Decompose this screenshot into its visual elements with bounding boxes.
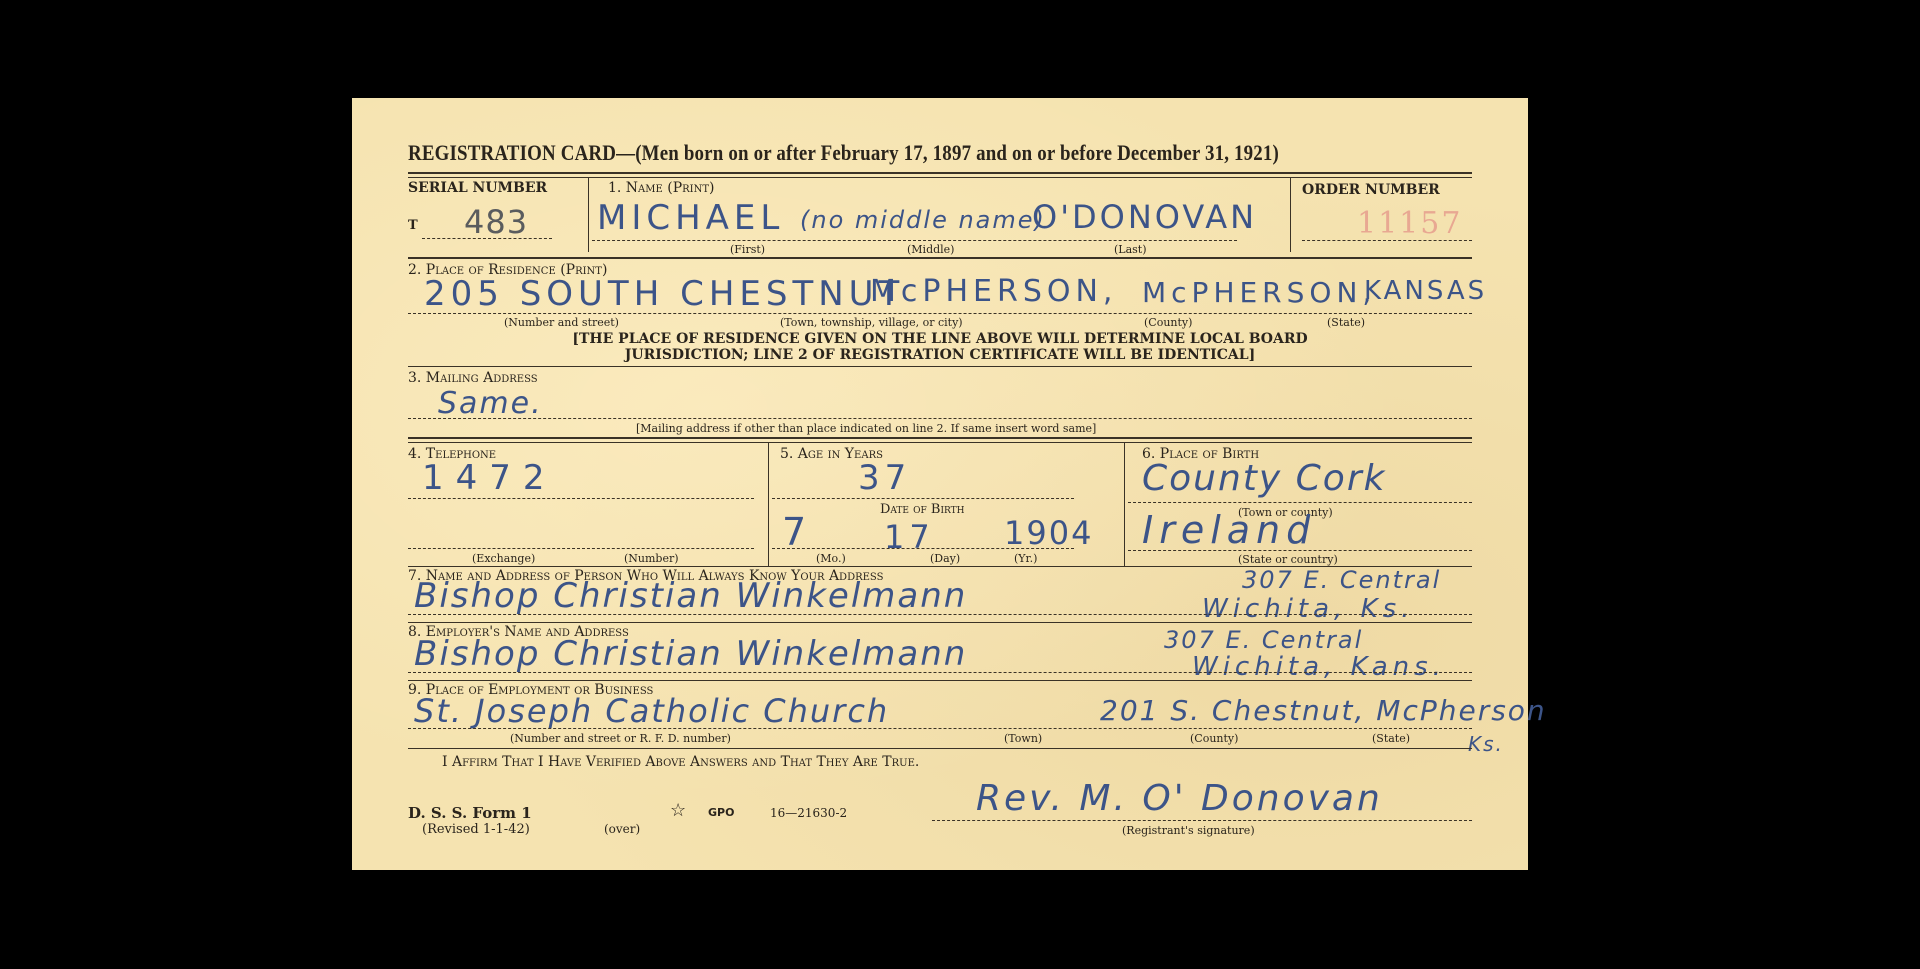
employer-addr2: Wichita, Kans. [1192,652,1446,682]
residence-town: McPHERSON, [870,274,1117,309]
caption-state-country: (State or country) [1238,553,1338,566]
order-number-value: 11157 [1357,206,1462,241]
dob-line [772,548,1074,549]
age-line [772,498,1074,499]
dob-label: Date of Birth [880,502,964,517]
caption-exchange: (Exchange) [472,552,535,565]
residence-state: KANSAS [1364,276,1487,306]
employment-state-hw: Ks. [1468,732,1504,756]
birthplace-line-1 [1128,502,1472,503]
residence-street: 205 SOUTH CHESTNUT [424,274,904,314]
name-label: 1. Name (Print) [608,180,715,196]
age-value: 37 [858,458,911,498]
caption-street-rfd: (Number and street or R. F. D. number) [510,732,731,745]
telephone-line-1 [408,498,754,499]
residence-line [408,313,1472,314]
row-rule [408,366,1472,367]
employer-addr1: 307 E. Central [1164,626,1363,654]
row-rule [408,748,1472,749]
row-rule [408,622,1472,623]
caption-county: (County) [1144,316,1192,329]
employer-line [408,672,1472,673]
caption-town: (Town) [1004,732,1042,745]
caption-year: (Yr.) [1014,552,1037,565]
print-number: 16—21630-2 [770,806,847,820]
signature-line [932,820,1472,821]
mailing-value: Same. [438,386,543,421]
card-title: REGISTRATION CARD—(Men born on or after … [408,140,1279,166]
order-line [1302,240,1472,241]
residence-notice-1: [THE PLACE OF RESIDENCE GIVEN ON THE LIN… [352,331,1528,347]
title-rule [408,172,1472,178]
form-over: (over) [604,822,640,836]
caption-month: (Mo.) [816,552,846,565]
caption-first: (First) [730,243,765,256]
form-number: D. S. S. Form 1 [408,804,532,822]
telephone-line-2 [408,548,754,549]
divider [1290,178,1291,252]
employer-name: Bishop Christian Winkelmann [414,634,967,674]
row-rule [408,680,1472,681]
order-number-label: ORDER NUMBER [1302,182,1440,198]
serial-number-value: 483 [464,203,528,241]
serial-line [422,238,552,239]
caption-number: (Number) [624,552,679,565]
divider [768,442,769,566]
mailing-label: 3. Mailing Address [408,370,538,386]
telephone-value: 1472 [422,458,557,498]
serial-number-label: SERIAL NUMBER [408,180,547,196]
affirmation-text: I Affirm That I Have Verified Above Answ… [442,754,919,770]
star-icon: ☆ [670,800,686,821]
caption-county: (County) [1190,732,1238,745]
birthplace-country: Ireland [1142,508,1316,552]
caption-middle: (Middle) [907,243,954,256]
caption-street: (Number and street) [504,316,619,329]
name-middle: (no middle name) [800,206,1046,234]
name-line [592,240,1237,241]
registrant-signature: Rev. M. O' Donovan [976,778,1383,819]
employment-line [408,728,1472,729]
caption-state: (State) [1327,316,1365,329]
serial-prefix: T [408,218,418,233]
birthplace-town: County Cork [1142,458,1386,499]
mailing-line [408,418,1472,419]
name-first: MICHAEL [597,198,784,238]
form-revised: (Revised 1-1-42) [422,822,530,837]
contact-line [408,614,1472,615]
residence-notice-2: JURISDICTION; LINE 2 OF REGISTRATION CER… [352,347,1528,363]
name-last: O'DONOVAN [1032,198,1257,236]
caption-day: (Day) [930,552,960,565]
caption-town: (Town, township, village, or city) [780,316,963,329]
gpo-mark: GPO [708,806,734,819]
employment-addr: 201 S. Chestnut, McPherson [1100,694,1547,727]
divider [1124,442,1125,566]
caption-state: (State) [1372,732,1410,745]
dob-year: 1904 [1004,514,1093,552]
contact-name: Bishop Christian Winkelmann [414,576,967,616]
registration-card: REGISTRATION CARD—(Men born on or after … [352,98,1528,870]
divider [588,178,589,252]
signature-caption: (Registrant's signature) [1122,824,1255,837]
caption-last: (Last) [1114,243,1147,256]
employment-place: St. Joseph Catholic Church [414,692,889,730]
birthplace-line-2 [1128,550,1472,551]
residence-county: McPHERSON, [1142,276,1376,309]
contact-addr2: Wichita, Ks. [1202,594,1414,624]
contact-addr1: 307 E. Central [1242,566,1441,594]
row-rule [408,437,1472,443]
dob-day: 17 [884,518,935,556]
row-rule [408,257,1472,259]
mailing-caption: [Mailing address if other than place ind… [636,422,1096,435]
